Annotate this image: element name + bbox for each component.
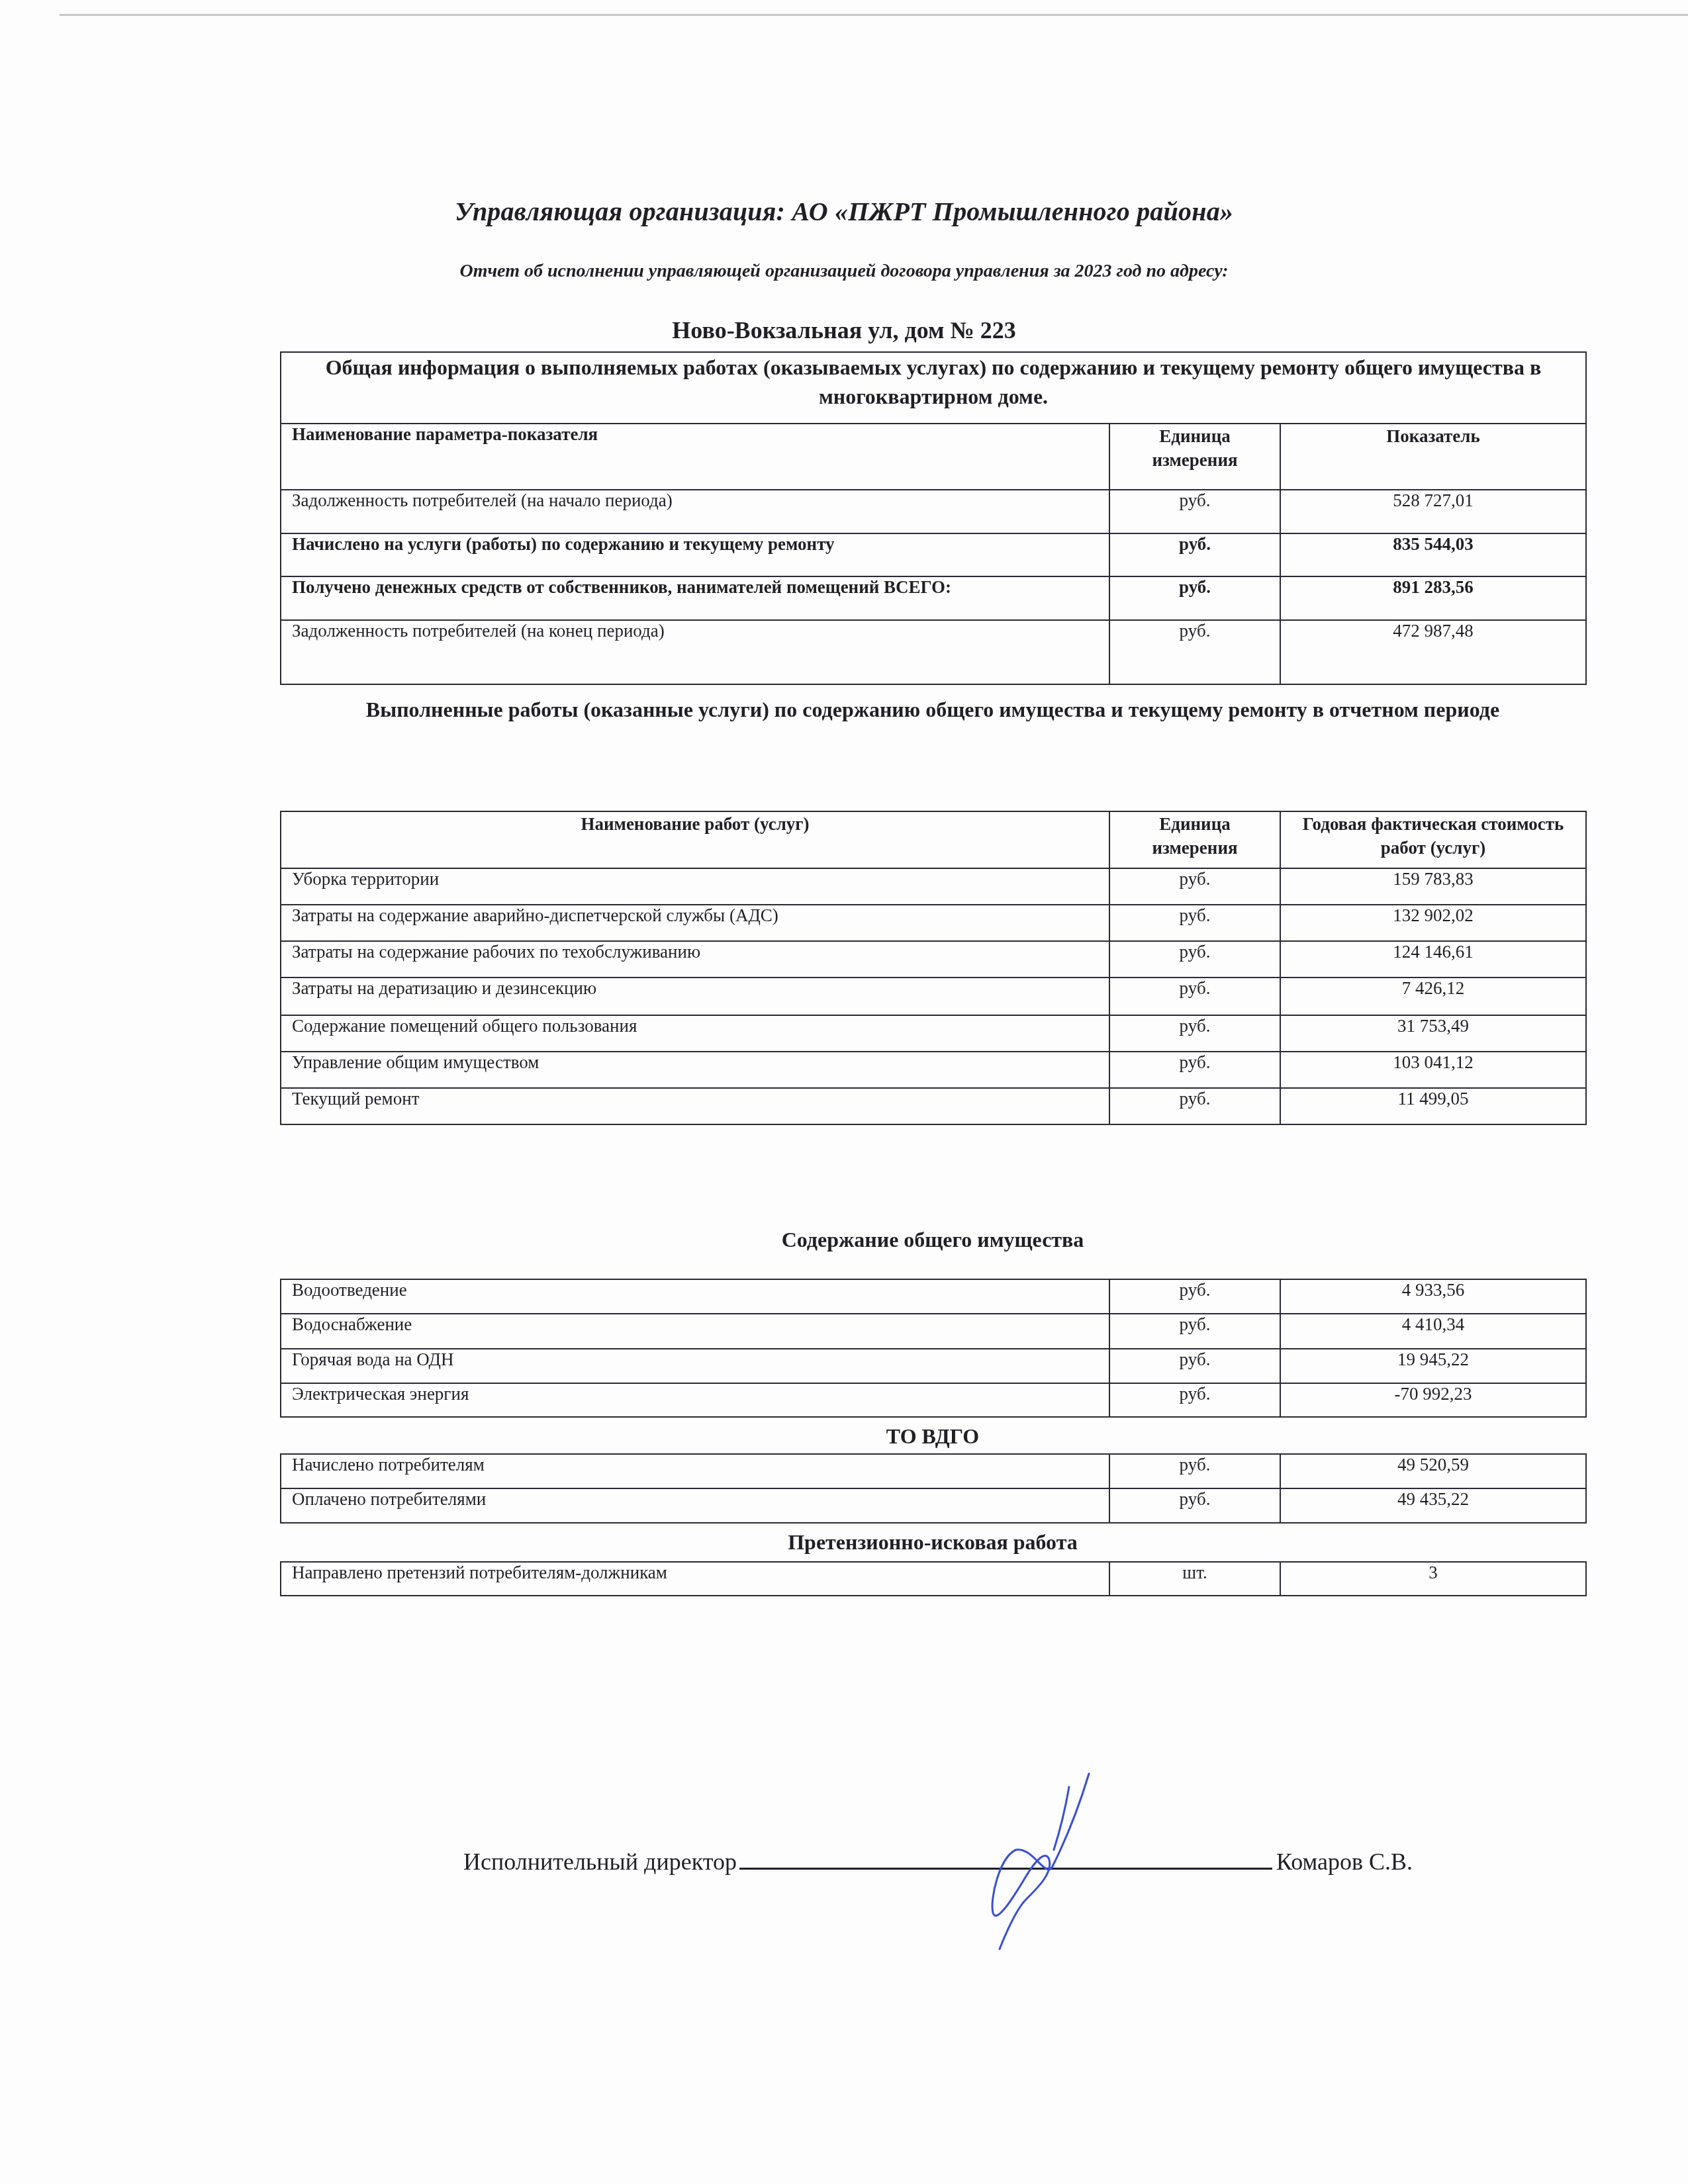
column-header-unit: Единица измерения (1109, 811, 1280, 868)
column-header-parameter: Наименование параметра-показателя (281, 424, 1109, 490)
handwritten-signature-icon (953, 1767, 1125, 1952)
common-property-section-title: Содержание общего имущества (280, 1225, 1585, 1254)
table-row: Текущий ремонтруб.11 499,05 (281, 1088, 1586, 1124)
general-info-table: Общая информация о выполняемых работах (… (280, 351, 1587, 685)
row-unit-cell: руб. (1109, 1279, 1280, 1314)
table-row: Водоотведениеруб.4 933,56 (281, 1279, 1586, 1314)
table-row: Электрическая энергияруб.-70 992,23 (281, 1383, 1586, 1417)
table-row: Задолженность потребителей (на конец пер… (281, 620, 1586, 684)
row-value-cell: 11 499,05 (1280, 1088, 1586, 1124)
row-value-cell: 132 902,02 (1280, 905, 1586, 941)
table-row: Уборка территориируб.159 783,83 (281, 868, 1586, 905)
table-row: Управление общим имуществомруб.103 041,1… (281, 1052, 1586, 1088)
row-name-cell: Управление общим имуществом (281, 1052, 1109, 1088)
row-value-cell: 4 410,34 (1280, 1314, 1586, 1349)
row-unit-cell: шт. (1109, 1562, 1280, 1596)
row-name-cell: Направлено претензий потребителям-должни… (281, 1562, 1109, 1596)
claims-section-title: Претензионно-исковая работа (280, 1527, 1585, 1557)
row-unit-cell: руб. (1109, 620, 1280, 684)
vdgo-section-title: ТО ВДГО (280, 1422, 1585, 1451)
scan-edge-line (60, 14, 1688, 16)
row-unit-cell: руб. (1109, 1314, 1280, 1349)
works-table: Наименование работ (услуг) Единица измер… (280, 811, 1587, 1125)
row-unit-cell: руб. (1109, 941, 1280, 978)
row-value-cell: 31 753,49 (1280, 1015, 1586, 1052)
row-name-cell: Получено денежных средств от собственник… (281, 576, 1109, 620)
row-name-cell: Горячая вода на ОДН (281, 1349, 1109, 1383)
works-header-row: Наименование работ (услуг) Единица измер… (281, 811, 1586, 868)
table-row: Затраты на содержание аварийно-диспетчер… (281, 905, 1586, 941)
common-property-table: Водоотведениеруб.4 933,56Водоснабжениеру… (280, 1279, 1587, 1418)
row-name-cell: Водоснабжение (281, 1314, 1109, 1349)
row-name-cell: Электрическая энергия (281, 1383, 1109, 1417)
row-name-cell: Начислено потребителям (281, 1454, 1109, 1488)
row-unit-cell: руб. (1109, 1015, 1280, 1052)
organization-title: Управляющая организация: АО «ПЖРТ Промыш… (0, 196, 1688, 227)
row-unit-cell: руб. (1109, 868, 1280, 905)
table-row: Горячая вода на ОДНруб.19 945,22 (281, 1349, 1586, 1383)
row-unit-cell: руб. (1109, 1088, 1280, 1124)
row-value-cell: 49 520,59 (1280, 1454, 1586, 1488)
row-name-cell: Текущий ремонт (281, 1088, 1109, 1124)
table-row: Затраты на содержание рабочих по техобсл… (281, 941, 1586, 978)
table-row: Оплачено потребителямируб.49 435,22 (281, 1488, 1586, 1523)
row-value-cell: 3 (1280, 1562, 1586, 1596)
row-value-cell: 49 435,22 (1280, 1488, 1586, 1523)
row-value-cell: 124 146,61 (1280, 941, 1586, 978)
table-row: Начислено потребителямруб.49 520,59 (281, 1454, 1586, 1488)
row-value-cell: 7 426,12 (1280, 978, 1586, 1015)
row-name-cell: Затраты на содержание рабочих по техобсл… (281, 941, 1109, 978)
address-heading: Ново-Вокзальная ул, дом № 223 (0, 316, 1688, 344)
signature-block: Исполнительный директорКомаров С.В. (463, 1848, 1413, 1876)
row-name-cell: Задолженность потребителей (на конец пер… (281, 620, 1109, 684)
table-row: Начислено на услуги (работы) по содержан… (281, 533, 1586, 576)
general-info-header-row: Наименование параметра-показателя Единиц… (281, 424, 1586, 490)
column-header-annual-cost: Годовая фактическая стоимость работ (усл… (1280, 811, 1586, 868)
row-name-cell: Затраты на дератизацию и дезинсекцию (281, 978, 1109, 1015)
report-subtitle: Отчет об исполнении управляющей организа… (0, 261, 1688, 282)
row-value-cell: 891 283,56 (1280, 576, 1586, 620)
row-value-cell: 835 544,03 (1280, 533, 1586, 576)
row-value-cell: 103 041,12 (1280, 1052, 1586, 1088)
claims-table: Направлено претензий потребителям-должни… (280, 1561, 1587, 1596)
row-value-cell: 4 933,56 (1280, 1279, 1586, 1314)
row-name-cell: Водоотведение (281, 1279, 1109, 1314)
row-value-cell: -70 992,23 (1280, 1383, 1586, 1417)
vdgo-table: Начислено потребителямруб.49 520,59Оплач… (280, 1453, 1587, 1524)
row-name-cell: Задолженность потребителей (на начало пе… (281, 490, 1109, 533)
signatory-position: Исполнительный директор (463, 1848, 737, 1875)
row-name-cell: Оплачено потребителями (281, 1488, 1109, 1523)
row-unit-cell: руб. (1109, 490, 1280, 533)
table-row: Направлено претензий потребителям-должни… (281, 1562, 1586, 1596)
row-name-cell: Затраты на содержание аварийно-диспетчер… (281, 905, 1109, 941)
row-unit-cell: руб. (1109, 1488, 1280, 1523)
row-value-cell: 159 783,83 (1280, 868, 1586, 905)
row-unit-cell: руб. (1109, 1383, 1280, 1417)
table-row: Получено денежных средств от собственник… (281, 576, 1586, 620)
general-info-caption: Общая информация о выполняемых работах (… (281, 352, 1586, 424)
row-value-cell: 528 727,01 (1280, 490, 1586, 533)
row-unit-cell: руб. (1109, 1454, 1280, 1488)
works-section-title: Выполненные работы (оказанные услуги) по… (280, 695, 1585, 724)
column-header-unit: Единица измерения (1109, 424, 1280, 490)
row-value-cell: 19 945,22 (1280, 1349, 1586, 1383)
table-row: Содержание помещений общего пользованияр… (281, 1015, 1586, 1052)
row-unit-cell: руб. (1109, 978, 1280, 1015)
row-name-cell: Содержание помещений общего пользования (281, 1015, 1109, 1052)
signatory-name: Комаров С.В. (1276, 1848, 1413, 1875)
row-unit-cell: руб. (1109, 1349, 1280, 1383)
column-header-work-name: Наименование работ (услуг) (281, 811, 1109, 868)
row-unit-cell: руб. (1109, 1052, 1280, 1088)
row-unit-cell: руб. (1109, 905, 1280, 941)
row-unit-cell: руб. (1109, 576, 1280, 620)
row-name-cell: Начислено на услуги (работы) по содержан… (281, 533, 1109, 576)
table-row: Задолженность потребителей (на начало пе… (281, 490, 1586, 533)
row-name-cell: Уборка территории (281, 868, 1109, 905)
row-unit-cell: руб. (1109, 533, 1280, 576)
column-header-value: Показатель (1280, 424, 1586, 490)
table-row: Водоснабжениеруб.4 410,34 (281, 1314, 1586, 1349)
table-row: Затраты на дератизацию и дезинсекциюруб.… (281, 978, 1586, 1015)
row-value-cell: 472 987,48 (1280, 620, 1586, 684)
